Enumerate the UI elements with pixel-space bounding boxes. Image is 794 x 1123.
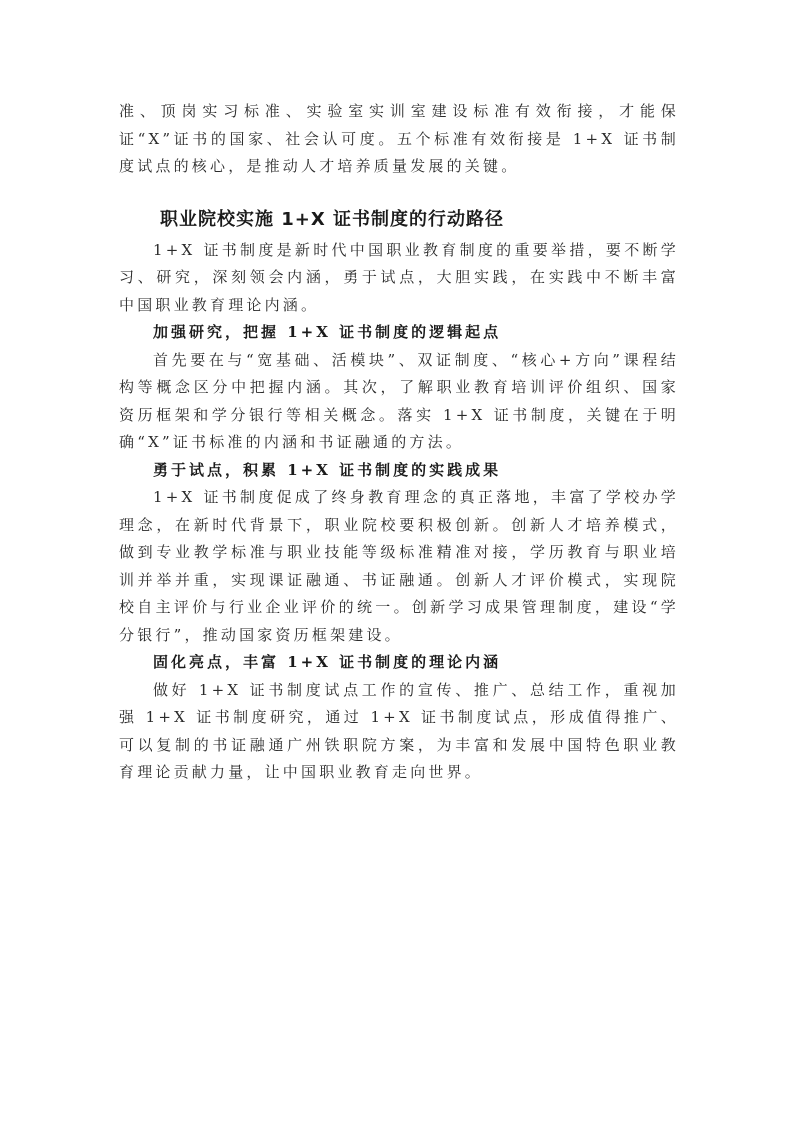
intro-paragraph: 准、顶岗实习标准、实验室实训室建设标准有效衔接，才能保证“X”证书的国家、社会认… xyxy=(119,98,679,181)
subsection-body-research: 首先要在与“宽基础、活模块”、双证制度、“核心+方向”课程结构等概念区分中把握内… xyxy=(119,347,679,457)
document-page: 准、顶岗实习标准、实验室实训室建设标准有效衔接，才能保证“X”证书的国家、社会认… xyxy=(119,98,679,787)
subsection-body-pilot: 1+X 证书制度促成了终身教育理念的真正落地，丰富了学校办学理念，在新时代背景下… xyxy=(119,484,679,649)
subsection-body-theory: 做好 1+X 证书制度试点工作的宣传、推广、总结工作，重视加强 1+X 证书制度… xyxy=(119,677,679,787)
section-title: 职业院校实施 1+X 证书制度的行动路径 xyxy=(119,205,679,235)
subsection-title-theory: 固化亮点，丰富 1+X 证书制度的理论内涵 xyxy=(119,649,679,677)
subsection-title-research: 加强研究，把握 1+X 证书制度的逻辑起点 xyxy=(119,319,679,347)
subsection-title-pilot: 勇于试点，积累 1+X 证书制度的实践成果 xyxy=(119,457,679,485)
section-intro: 1+X 证书制度是新时代中国职业教育制度的重要举措，要不断学习、研究，深刻领会内… xyxy=(119,237,679,320)
